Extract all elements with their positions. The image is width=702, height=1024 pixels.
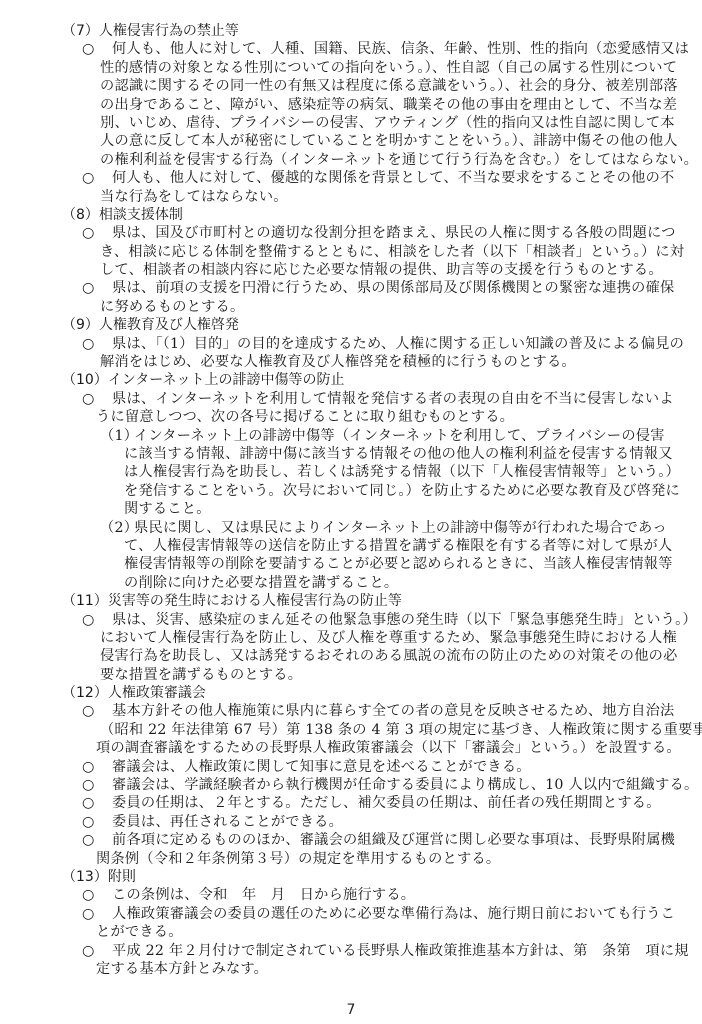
circle-bullet-icon: ○ <box>82 279 112 297</box>
paragraph-continuation: （昭和 22 年法律第 67 号）第 138 条の 4 第 3 項の規定に基づき… <box>62 721 634 739</box>
bullet-paragraph: ○審議会は、人権政策に関して知事に意見を述べることができる。 <box>62 758 634 776</box>
bullet-paragraph: ○県は、「（1）目的」の目的を達成するため、人権に関する正しい知識の普及による偏… <box>62 335 634 353</box>
circle-bullet-icon: ○ <box>82 40 112 58</box>
bullet-paragraph: ○何人も、他人に対して、人種、国籍、民族、信条、年齢、性別、性的指向（恋愛感情又… <box>62 40 634 58</box>
bullet-paragraph: ○この条例は、令和 年 月 日から施行する。 <box>62 886 634 904</box>
circle-bullet-icon: ○ <box>82 611 112 629</box>
bullet-paragraph: ○平成 22 年２月付けで制定されている長野県人権政策推進基本方針は、第 条第 … <box>62 942 634 960</box>
document-body: （7）人権侵害行為の禁止等○何人も、他人に対して、人種、国籍、民族、信条、年齢、… <box>62 22 634 978</box>
bullet-paragraph: ○委員は、再任されることができる。 <box>62 813 634 831</box>
paragraph-text: 平成 22 年２月付けで制定されている長野県人権政策推進基本方針は、第 条第 項… <box>112 943 689 959</box>
bullet-paragraph: ○県は、インターネットを利用して情報を発信する者の表現の自由を不当に侵害しないよ <box>62 390 634 408</box>
circle-bullet-icon: ○ <box>82 776 112 794</box>
paragraph-text: 県は、前項の支援を円滑に行うため、県の関係部局及び関係機関との緊密な連携の確保 <box>112 280 675 296</box>
item-continuation: は人権侵害行為を助長し、若しくは誘発する情報（以下「人権侵害情報等」という。） <box>62 463 634 481</box>
item-number: （1） <box>100 427 134 445</box>
numbered-item: （2）県民に関し、又は県民によりインターネット上の誹謗中傷等が行われた場合であっ <box>62 519 634 537</box>
paragraph-continuation: とができる。 <box>62 923 634 941</box>
paragraph-continuation: に努めるものとする。 <box>62 298 634 316</box>
item-text: インターネット上の誹謗中傷等（インターネットを利用して、プライバシーの侵害 <box>134 428 665 444</box>
circle-bullet-icon: ○ <box>82 905 112 923</box>
section-heading: （11）災害等の発生時における人権侵害行為の防止等 <box>62 592 634 610</box>
paragraph-text: 何人も、他人に対して、人種、国籍、民族、信条、年齢、性別、性的指向（恋愛感情又は <box>112 41 689 57</box>
circle-bullet-icon: ○ <box>82 813 112 831</box>
page-number: 7 <box>0 1002 702 1018</box>
bullet-paragraph: ○委員の任期は、２年とする。ただし、補欠委員の任期は、前任者の残任期間とする。 <box>62 794 634 812</box>
paragraph-continuation: 当な行為をしてはならない。 <box>62 188 634 206</box>
paragraph-text: 何人も、他人に対して、優越的な関係を背景として、不当な要求をすることその他の不 <box>112 170 675 186</box>
section-heading: （10）インターネット上の誹謗中傷等の防止 <box>62 371 634 389</box>
paragraph-text: 委員は、再任されることができる。 <box>112 814 343 830</box>
paragraph-text: 県は、インターネットを利用して情報を発信する者の表現の自由を不当に侵害しないよ <box>112 391 674 407</box>
circle-bullet-icon: ○ <box>82 390 112 408</box>
circle-bullet-icon: ○ <box>82 794 112 812</box>
paragraph-continuation: の出身であること、障がい、感染症等の病気、職業その他の事由を理由として、不当な差 <box>62 96 634 114</box>
circle-bullet-icon: ○ <box>82 224 112 242</box>
section: （9）人権教育及び人権啓発○県は、「（1）目的」の目的を達成するため、人権に関す… <box>62 316 634 371</box>
item-continuation: を発信することをいう。次号において同じ。）を防止するために必要な教育及び啓発に <box>62 482 634 500</box>
bullet-paragraph: ○審議会は、学識経験者から執行機関が任命する委員により構成し、10 人以内で組織… <box>62 776 634 794</box>
bullet-paragraph: ○何人も、他人に対して、優越的な関係を背景として、不当な要求をすることその他の不 <box>62 169 634 187</box>
bullet-paragraph: ○前各項に定めるもののほか、審議会の組織及び運営に関し必要な事項は、長野県附属機 <box>62 831 634 849</box>
paragraph-text: 審議会は、人権政策に関して知事に意見を述べることができる。 <box>112 759 531 775</box>
section: （11）災害等の発生時における人権侵害行為の防止等○県は、災害、感染症のまん延そ… <box>62 592 634 684</box>
section: （13）附則○この条例は、令和 年 月 日から施行する。○人権政策審議会の委員の… <box>62 868 634 978</box>
paragraph-text: 県は、国及び市町村との適切な役割分担を踏まえ、県民の人権に関する各般の問題につ <box>112 225 676 241</box>
circle-bullet-icon: ○ <box>82 831 112 849</box>
paragraph-text: 前各項に定めるもののほか、審議会の組織及び運営に関し必要な事項は、長野県附属機 <box>112 832 675 848</box>
item-continuation: 関すること。 <box>62 500 634 518</box>
numbered-item: （1）インターネット上の誹謗中傷等（インターネットを利用して、プライバシーの侵害 <box>62 427 634 445</box>
section-heading: （8）相談支援体制 <box>62 206 634 224</box>
paragraph-continuation: 性的感情の対象となる性別についての指向をいう。）、性自認（自己の属する性別につい… <box>62 59 634 77</box>
paragraph-text: 県は、「（1）目的」の目的を達成するため、人権に関する正しい知識の普及による偏見… <box>112 336 684 352</box>
section: （8）相談支援体制○県は、国及び市町村との適切な役割分担を踏まえ、県民の人権に関… <box>62 206 634 316</box>
paragraph-text: 県は、災害、感染症のまん延その他緊急事態の発生時（以下「緊急事態発生時」という。… <box>112 612 697 628</box>
section: （10）インターネット上の誹謗中傷等の防止○県は、インターネットを利用して情報を… <box>62 371 634 592</box>
item-number: （2） <box>100 519 134 537</box>
bullet-paragraph: ○基本方針その他人権施策に県内に暮らす全ての者の意見を反映させるため、地方自治法 <box>62 702 634 720</box>
bullet-paragraph: ○人権政策審議会の委員の選任のために必要な準備行為は、施行期日前においても行うこ <box>62 905 634 923</box>
item-continuation: 権侵害情報等の削除を要請することが必要と認められるときに、当該人権侵害情報等 <box>62 555 634 573</box>
paragraph-continuation: 要な措置を講ずるものとする。 <box>62 666 634 684</box>
section: （12）人権政策審議会○基本方針その他人権施策に県内に暮らす全ての者の意見を反映… <box>62 684 634 868</box>
bullet-paragraph: ○県は、国及び市町村との適切な役割分担を踏まえ、県民の人権に関する各般の問題につ <box>62 224 634 242</box>
paragraph-continuation: うに留意しつつ、次の各号に掲げることに取り組むものとする。 <box>62 408 634 426</box>
circle-bullet-icon: ○ <box>82 335 112 353</box>
paragraph-continuation: の権利利益を侵害する行為（インターネットを通じて行う行為を含む。）をしてはならな… <box>62 151 634 169</box>
paragraph-text: この条例は、令和 年 月 日から施行する。 <box>112 887 415 903</box>
paragraph-continuation: 侵害行為を助長し、又は誘発するおそれのある風説の流布の防止のための対策その他の必 <box>62 647 634 665</box>
paragraph-text: 人権政策審議会の委員の選任のために必要な準備行為は、施行期日前においても行うこ <box>112 906 675 922</box>
paragraph-continuation: 別、いじめ、虐待、プライバシーの侵害、アウティング（性的指向又は性自認に関して本 <box>62 114 634 132</box>
paragraph-continuation: 関条例（令和２年条例第３号）の規定を準用するものとする。 <box>62 850 634 868</box>
paragraph-continuation: の認識に関するその同一性の有無又は程度に係る意識をいう。）、社会的身分、被差別部… <box>62 77 634 95</box>
circle-bullet-icon: ○ <box>82 886 112 904</box>
document-page: （7）人権侵害行為の禁止等○何人も、他人に対して、人種、国籍、民族、信条、年齢、… <box>0 0 702 1024</box>
item-continuation: に該当する情報、誹謗中傷に該当する情報その他の他人の権利利益を侵害する情報又 <box>62 445 634 463</box>
section: （7）人権侵害行為の禁止等○何人も、他人に対して、人種、国籍、民族、信条、年齢、… <box>62 22 634 206</box>
paragraph-continuation: 解消をはじめ、必要な人権教育及び人権啓発を積極的に行うものとする。 <box>62 353 634 371</box>
section-heading: （9）人権教育及び人権啓発 <box>62 316 634 334</box>
circle-bullet-icon: ○ <box>82 758 112 776</box>
item-continuation: の削除に向けた必要な措置を講ずること。 <box>62 574 634 592</box>
circle-bullet-icon: ○ <box>82 942 112 960</box>
bullet-paragraph: ○県は、災害、感染症のまん延その他緊急事態の発生時（以下「緊急事態発生時」という… <box>62 611 634 629</box>
paragraph-continuation: 項の調査審議をするための長野県人権政策審議会（以下「審議会」という。）を設置する… <box>62 739 634 757</box>
section-heading: （13）附則 <box>62 868 634 886</box>
paragraph-continuation: 定する基本方針とみなす。 <box>62 960 634 978</box>
paragraph-continuation: して、相談者の相談内容に応じた必要な情報の提供、助言等の支援を行うものとする。 <box>62 261 634 279</box>
section-heading: （7）人権侵害行為の禁止等 <box>62 22 634 40</box>
circle-bullet-icon: ○ <box>82 169 112 187</box>
paragraph-continuation: において人権侵害行為を防止し、及び人権を尊重するため、緊急事態発生時における人権 <box>62 629 634 647</box>
item-continuation: て、人権侵害情報等の送信を防止する措置を講ずる権限を有する者等に対して県が人 <box>62 537 634 555</box>
paragraph-text: 基本方針その他人権施策に県内に暮らす全ての者の意見を反映させるため、地方自治法 <box>112 703 675 719</box>
paragraph-continuation: 人の意に反して本人が秘密にしていることを明かすことをいう。）、誹謗中傷その他の他… <box>62 132 634 150</box>
paragraph-text: 委員の任期は、２年とする。ただし、補欠委員の任期は、前任者の残任期間とする。 <box>112 795 661 811</box>
section-heading: （12）人権政策審議会 <box>62 684 634 702</box>
circle-bullet-icon: ○ <box>82 702 112 720</box>
paragraph-text: 審議会は、学識経験者から執行機関が任命する委員により構成し、10 人以内で組織す… <box>112 777 698 793</box>
bullet-paragraph: ○県は、前項の支援を円滑に行うため、県の関係部局及び関係機関との緊密な連携の確保 <box>62 279 634 297</box>
paragraph-continuation: き、相談に応じる体制を整備するとともに、相談をした者（以下「相談者」という。）に… <box>62 243 634 261</box>
item-text: 県民に関し、又は県民によりインターネット上の誹謗中傷等が行われた場合であっ <box>134 520 667 536</box>
